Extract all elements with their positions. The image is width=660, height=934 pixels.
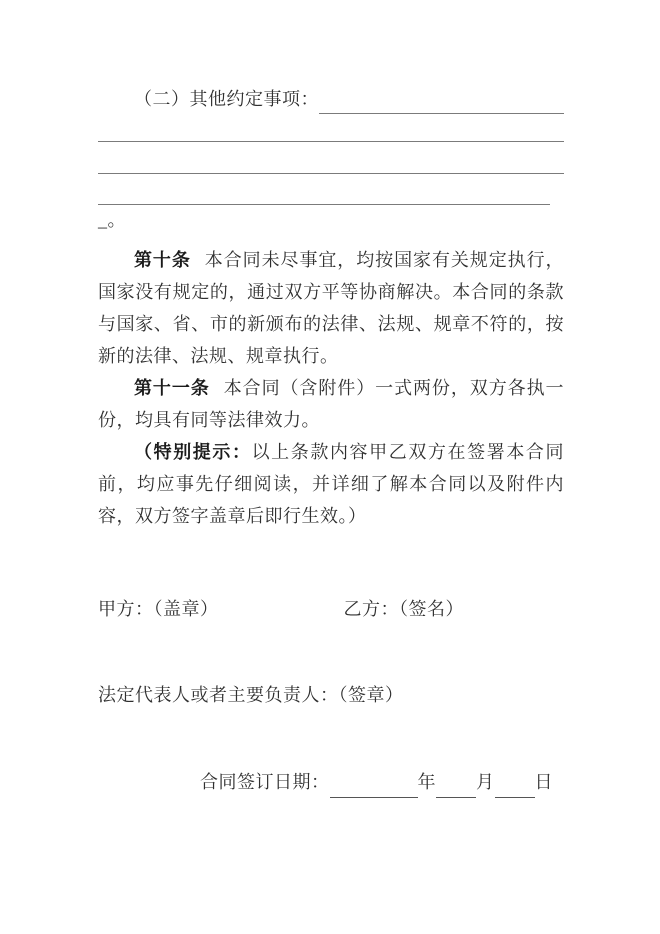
other-items-fill-in-line: [319, 87, 564, 114]
article-10-heading: 第十条: [134, 250, 191, 270]
party-a-seal-label: 甲方：（盖章）: [98, 599, 219, 619]
blank-fill-in-line-2: [98, 142, 564, 174]
contract-date-label: 合同签订日期：: [200, 766, 330, 798]
day-unit-label: 日: [535, 766, 554, 798]
party-b-sign-label: 乙方：（签名）: [344, 599, 465, 619]
day-fill-in-blank: [495, 773, 535, 798]
month-unit-label: 月: [476, 766, 495, 798]
contract-page: （二）其他约定事项： _。 第十条本合同未尽事宜，均按国家有关规定执行，国家没有…: [0, 0, 660, 934]
month-fill-in-blank: [436, 773, 476, 798]
year-unit-label: 年: [418, 766, 437, 798]
special-notice-heading: （特别提示：: [134, 442, 252, 462]
article-11-paragraph: 第十一条本合同（含附件）一式两份，双方各执一份，均具有同等法律效力。: [98, 372, 564, 436]
article-11-heading: 第十一条: [134, 378, 210, 398]
other-items-label: （二）其他约定事项：: [134, 84, 319, 114]
special-notice-paragraph: （特别提示：以上条款内容甲乙双方在签署本合同前，均应事先仔细阅读，并详细了解本合…: [98, 436, 564, 532]
blank-fill-in-line-1: [98, 114, 564, 142]
blank-fill-in-line-3: [98, 174, 550, 205]
legal-representative-row: 法定代表人或者主要负责人：（签章）: [98, 679, 564, 711]
other-items-row: （二）其他约定事项：: [98, 84, 564, 114]
year-fill-in-blank: [330, 773, 418, 798]
legal-representative-label: 法定代表人或者主要负责人：（签章）: [98, 685, 404, 705]
contract-date-row: 合同签订日期： 年 月 日: [200, 766, 564, 798]
article-10-paragraph: 第十条本合同未尽事宜，均按国家有关规定执行，国家没有规定的，通过双方平等协商解决…: [98, 244, 564, 372]
continuation-tail: _。: [98, 205, 564, 236]
page-content: （二）其他约定事项： _。 第十条本合同未尽事宜，均按国家有关规定执行，国家没有…: [98, 84, 564, 798]
signature-row: 甲方：（盖章） 乙方：（签名）: [98, 593, 564, 625]
